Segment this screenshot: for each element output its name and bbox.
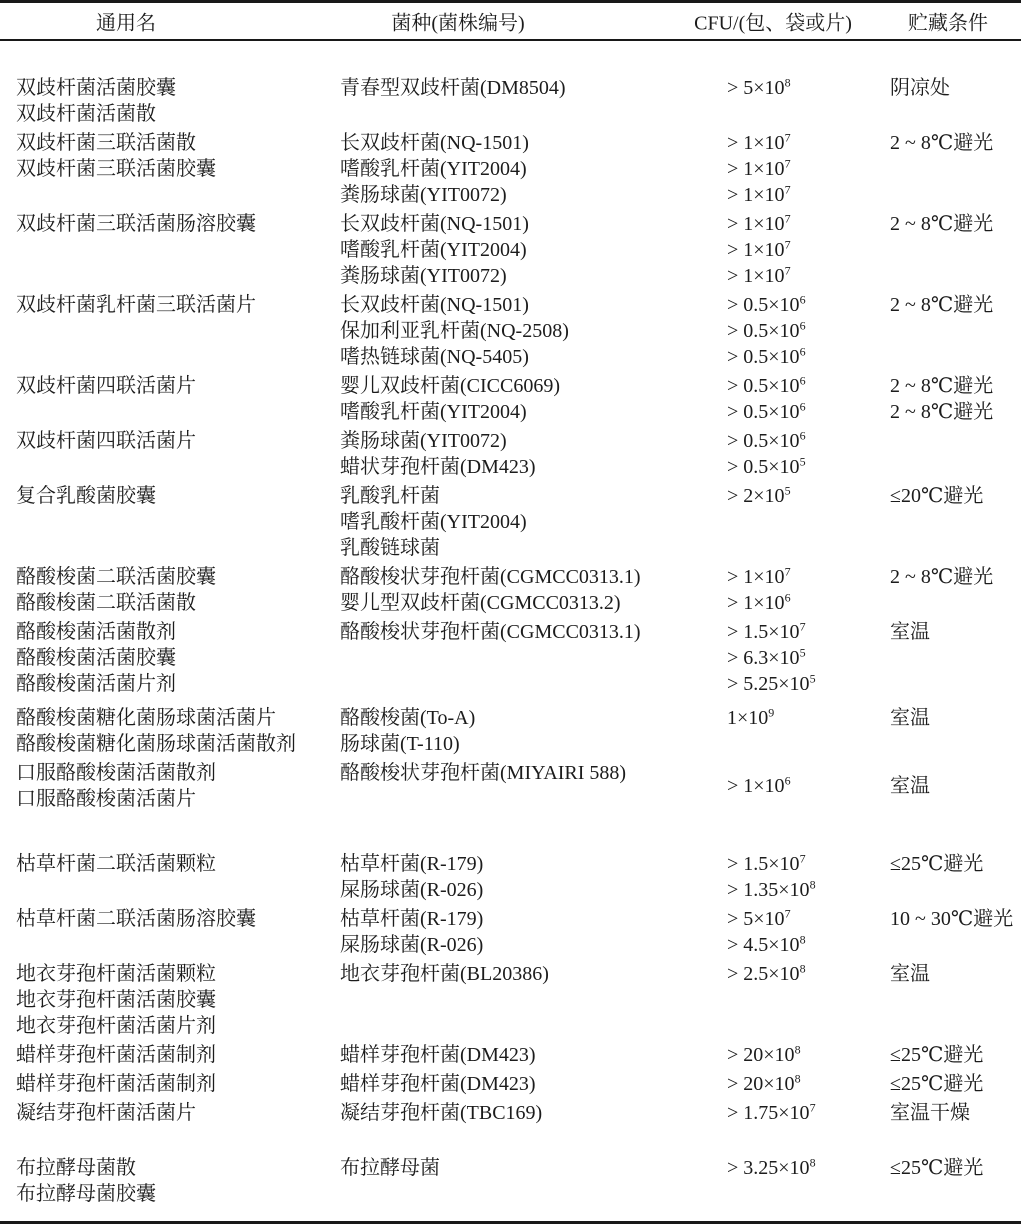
cfu-cell: > 2×105 <box>727 483 890 561</box>
table-row-group: 地衣芽孢杆菌活菌颗粒地衣芽孢杆菌活菌胶囊地衣芽孢杆菌活菌片剂 地衣芽孢杆菌(BL… <box>0 961 1021 1039</box>
strain-name: 屎肠球菌(R-026) <box>340 932 727 958</box>
cfu-cell: > 1.5×107> 6.3×105> 5.25×105 <box>727 619 890 697</box>
storage-cell: ≤20℃避光 <box>890 483 1021 561</box>
storage-condition: ≤25℃避光 <box>890 1071 1021 1097</box>
generic-name: 双歧杆菌四联活菌片 <box>16 428 340 454</box>
cfu-value: > 5×107 <box>727 906 890 932</box>
strain-name: 嗜酸乳杆菌(YIT2004) <box>340 237 727 263</box>
strain-name: 蜡状芽孢杆菌(DM423) <box>340 454 727 480</box>
storage-cell: 2 ~ 8℃避光2 ~ 8℃避光 <box>890 373 1021 425</box>
strain-name: 长双歧杆菌(NQ-1501) <box>340 211 727 237</box>
storage-cell: ≤25℃避光 <box>890 1155 1021 1207</box>
cfu-cell: > 2.5×108 <box>727 961 890 1039</box>
table-row-group: 酪酸梭菌活菌散剂酪酸梭菌活菌胶囊酪酸梭菌活菌片剂 酪酸梭状芽孢杆菌(CGMCC0… <box>0 619 1021 697</box>
table-row-group: 口服酪酸梭菌活菌散剂口服酪酸梭菌活菌片 酪酸梭状芽孢杆菌(MIYAIRI 588… <box>0 760 1021 812</box>
strain-name: 保加利亚乳杆菌(NQ-2508) <box>340 318 727 344</box>
table-header-row: 通用名 菌种(菌株编号) CFU/(包、袋或片) 贮藏条件 <box>0 3 1021 41</box>
strain-name: 酪酸梭状芽孢杆菌(CGMCC0313.1) <box>340 564 727 590</box>
generic-name-cell: 酪酸梭菌二联活菌胶囊酪酸梭菌二联活菌散 <box>0 564 340 616</box>
generic-name: 地衣芽孢杆菌活菌片剂 <box>16 1013 340 1039</box>
storage-cell: 2 ~ 8℃避光 <box>890 130 1021 208</box>
cfu-value: > 1×106 <box>727 773 890 799</box>
strain-cell: 青春型双歧杆菌(DM8504) <box>340 75 727 127</box>
storage-cell: 室温 <box>890 619 1021 697</box>
strain-cell: 长双歧杆菌(NQ-1501)保加利亚乳杆菌(NQ-2508)嗜热链球菌(NQ-5… <box>340 292 727 370</box>
column-header-storage: 贮藏条件 <box>908 7 988 36</box>
generic-name: 枯草杆菌二联活菌颗粒 <box>16 851 340 877</box>
cfu-value: > 3.25×108 <box>727 1155 890 1181</box>
generic-name-cell: 蜡样芽孢杆菌活菌制剂 <box>0 1071 340 1097</box>
cfu-cell: > 1.5×107> 1.35×108 <box>727 851 890 903</box>
generic-name: 酪酸梭菌糖化菌肠球菌活菌散剂 <box>16 731 340 757</box>
table-body: 双歧杆菌活菌胶囊双歧杆菌活菌散 青春型双歧杆菌(DM8504) > 5×108 … <box>0 41 1021 1207</box>
generic-name: 口服酪酸梭菌活菌片 <box>16 786 340 812</box>
cfu-value: > 0.5×106 <box>727 344 890 370</box>
generic-name: 酪酸梭菌二联活菌散 <box>16 590 340 616</box>
cfu-value: > 1×107 <box>727 130 890 156</box>
cfu-cell: > 1×107> 1×106 <box>727 564 890 616</box>
storage-cell: ≤25℃避光 <box>890 851 1021 903</box>
storage-condition: 2 ~ 8℃避光 <box>890 399 1021 425</box>
generic-name: 酪酸梭菌糖化菌肠球菌活菌片 <box>16 705 340 731</box>
strain-name: 粪肠球菌(YIT0072) <box>340 182 727 208</box>
cfu-value: > 2×105 <box>727 483 890 509</box>
storage-cell <box>890 428 1021 480</box>
storage-cell: 室温 <box>890 961 1021 1039</box>
strain-name: 酪酸梭菌(To-A) <box>340 705 727 731</box>
strain-cell: 枯草杆菌(R-179)屎肠球菌(R-026) <box>340 906 727 958</box>
strain-cell: 布拉酵母菌 <box>340 1155 727 1207</box>
generic-name-cell: 酪酸梭菌活菌散剂酪酸梭菌活菌胶囊酪酸梭菌活菌片剂 <box>0 619 340 697</box>
generic-name: 双歧杆菌四联活菌片 <box>16 373 340 399</box>
cfu-value: > 0.5×106 <box>727 373 890 399</box>
generic-name-cell: 枯草杆菌二联活菌颗粒 <box>0 851 340 903</box>
storage-condition: 阴凉处 <box>890 75 1021 101</box>
generic-name: 双歧杆菌三联活菌散 <box>16 130 340 156</box>
generic-name: 酪酸梭菌活菌片剂 <box>16 671 340 697</box>
strain-cell: 酪酸梭状芽孢杆菌(MIYAIRI 588) <box>340 760 727 812</box>
generic-name: 布拉酵母菌胶囊 <box>16 1181 340 1207</box>
strain-name: 蜡样芽孢杆菌(DM423) <box>340 1071 727 1097</box>
strain-name: 婴儿型双歧杆菌(CGMCC0313.2) <box>340 590 727 616</box>
generic-name: 地衣芽孢杆菌活菌颗粒 <box>16 961 340 987</box>
cfu-value: > 0.5×106 <box>727 292 890 318</box>
cfu-value: > 0.5×106 <box>727 318 890 344</box>
strain-name: 酪酸梭状芽孢杆菌(MIYAIRI 588) <box>340 760 727 786</box>
generic-name-cell: 枯草杆菌二联活菌肠溶胶囊 <box>0 906 340 958</box>
strain-cell: 乳酸乳杆菌嗜乳酸杆菌(YIT2004)乳酸链球菌 <box>340 483 727 561</box>
storage-cell: ≤25℃避光 <box>890 1042 1021 1068</box>
cfu-value: > 2.5×108 <box>727 961 890 987</box>
generic-name-cell: 双歧杆菌四联活菌片 <box>0 428 340 480</box>
strain-name: 粪肠球菌(YIT0072) <box>340 263 727 289</box>
generic-name-cell: 酪酸梭菌糖化菌肠球菌活菌片酪酸梭菌糖化菌肠球菌活菌散剂 <box>0 705 340 757</box>
strain-name: 屎肠球菌(R-026) <box>340 877 727 903</box>
strain-cell: 粪肠球菌(YIT0072)蜡状芽孢杆菌(DM423) <box>340 428 727 480</box>
strain-name: 嗜酸乳杆菌(YIT2004) <box>340 156 727 182</box>
cfu-value: > 1.5×107 <box>727 619 890 645</box>
cfu-cell: > 3.25×108 <box>727 1155 890 1207</box>
table-row-group: 枯草杆菌二联活菌颗粒 枯草杆菌(R-179)屎肠球菌(R-026) > 1.5×… <box>0 851 1021 903</box>
generic-name: 双歧杆菌三联活菌肠溶胶囊 <box>16 211 340 237</box>
storage-cell: 2 ~ 8℃避光 <box>890 292 1021 370</box>
cfu-cell: > 20×108 <box>727 1071 890 1097</box>
strain-name: 酪酸梭状芽孢杆菌(CGMCC0313.1) <box>340 619 727 645</box>
column-header-strain: 菌种(菌株编号) <box>391 7 524 36</box>
strain-name: 乳酸链球菌 <box>340 535 727 561</box>
storage-cell: ≤25℃避光 <box>890 1071 1021 1097</box>
generic-name-cell: 复合乳酸菌胶囊 <box>0 483 340 561</box>
storage-cell: 2 ~ 8℃避光 <box>890 211 1021 289</box>
strain-cell: 蜡样芽孢杆菌(DM423) <box>340 1042 727 1068</box>
generic-name: 酪酸梭菌活菌胶囊 <box>16 645 340 671</box>
storage-cell: 室温干燥 <box>890 1100 1021 1126</box>
cfu-value: > 1×107 <box>727 156 890 182</box>
generic-name: 口服酪酸梭菌活菌散剂 <box>16 760 340 786</box>
table-row-group: 枯草杆菌二联活菌肠溶胶囊 枯草杆菌(R-179)屎肠球菌(R-026) > 5×… <box>0 906 1021 958</box>
strain-name: 布拉酵母菌 <box>340 1155 727 1181</box>
cfu-value: > 1.75×107 <box>727 1100 890 1126</box>
generic-name: 凝结芽孢杆菌活菌片 <box>16 1100 340 1126</box>
cfu-value: > 1×107 <box>727 263 890 289</box>
generic-name-cell: 蜡样芽孢杆菌活菌制剂 <box>0 1042 340 1068</box>
generic-name: 枯草杆菌二联活菌肠溶胶囊 <box>16 906 340 932</box>
storage-cell: 2 ~ 8℃避光 <box>890 564 1021 616</box>
column-header-cfu: CFU/(包、袋或片) <box>694 7 852 36</box>
generic-name-cell: 双歧杆菌四联活菌片 <box>0 373 340 425</box>
strain-name: 地衣芽孢杆菌(BL20386) <box>340 961 727 987</box>
cfu-value: > 1×107 <box>727 182 890 208</box>
storage-condition: 室温 <box>890 705 1021 731</box>
storage-condition: 10 ~ 30℃避光 <box>890 906 1021 932</box>
probiotic-products-table: 通用名 菌种(菌株编号) CFU/(包、袋或片) 贮藏条件 双歧杆菌活菌胶囊双歧… <box>0 0 1021 1224</box>
strain-name: 枯草杆菌(R-179) <box>340 906 727 932</box>
strain-name: 乳酸乳杆菌 <box>340 483 727 509</box>
storage-cell: 10 ~ 30℃避光 <box>890 906 1021 958</box>
strain-cell: 长双歧杆菌(NQ-1501)嗜酸乳杆菌(YIT2004)粪肠球菌(YIT0072… <box>340 130 727 208</box>
generic-name-cell: 口服酪酸梭菌活菌散剂口服酪酸梭菌活菌片 <box>0 760 340 812</box>
generic-name-cell: 布拉酵母菌散布拉酵母菌胶囊 <box>0 1155 340 1207</box>
table-row-group: 双歧杆菌三联活菌散双歧杆菌三联活菌胶囊 长双歧杆菌(NQ-1501)嗜酸乳杆菌(… <box>0 130 1021 208</box>
cfu-value: > 0.5×105 <box>727 454 890 480</box>
strain-cell: 酪酸梭状芽孢杆菌(CGMCC0313.1)婴儿型双歧杆菌(CGMCC0313.2… <box>340 564 727 616</box>
storage-condition: 2 ~ 8℃避光 <box>890 564 1021 590</box>
table-row-group: 双歧杆菌三联活菌肠溶胶囊 长双歧杆菌(NQ-1501)嗜酸乳杆菌(YIT2004… <box>0 211 1021 289</box>
cfu-cell: > 5×107> 4.5×108 <box>727 906 890 958</box>
cfu-cell: > 1×106 <box>727 760 890 812</box>
table-row-group: 凝结芽孢杆菌活菌片 凝结芽孢杆菌(TBC169) > 1.75×107 室温干燥 <box>0 1100 1021 1126</box>
table-row-group: 蜡样芽孢杆菌活菌制剂 蜡样芽孢杆菌(DM423) > 20×108 ≤25℃避光 <box>0 1071 1021 1097</box>
strain-name: 凝结芽孢杆菌(TBC169) <box>340 1100 727 1126</box>
strain-name: 肠球菌(T-110) <box>340 731 727 757</box>
generic-name: 双歧杆菌活菌胶囊 <box>16 75 340 101</box>
column-header-generic-name: 通用名 <box>96 7 156 36</box>
strain-name: 长双歧杆菌(NQ-1501) <box>340 292 727 318</box>
storage-condition: 2 ~ 8℃避光 <box>890 292 1021 318</box>
paper-table-page: 通用名 菌种(菌株编号) CFU/(包、袋或片) 贮藏条件 双歧杆菌活菌胶囊双歧… <box>0 0 1021 1224</box>
cfu-value: > 1×107 <box>727 211 890 237</box>
strain-name: 婴儿双歧杆菌(CICC6069) <box>340 373 727 399</box>
cfu-cell: 1×109 <box>727 705 890 757</box>
cfu-value: > 20×108 <box>727 1071 890 1097</box>
table-row-group: 蜡样芽孢杆菌活菌制剂 蜡样芽孢杆菌(DM423) > 20×108 ≤25℃避光 <box>0 1042 1021 1068</box>
strain-name: 枯草杆菌(R-179) <box>340 851 727 877</box>
storage-cell: 室温 <box>890 705 1021 757</box>
strain-name: 嗜乳酸杆菌(YIT2004) <box>340 509 727 535</box>
storage-condition: 室温干燥 <box>890 1100 1021 1126</box>
cfu-value: > 5.25×105 <box>727 671 890 697</box>
generic-name-cell: 双歧杆菌乳杆菌三联活菌片 <box>0 292 340 370</box>
generic-name: 双歧杆菌活菌散 <box>16 101 340 127</box>
cfu-value: > 5×108 <box>727 75 890 101</box>
table-row-group: 复合乳酸菌胶囊 乳酸乳杆菌嗜乳酸杆菌(YIT2004)乳酸链球菌 > 2×105… <box>0 483 1021 561</box>
cfu-cell: > 1×107> 1×107> 1×107 <box>727 211 890 289</box>
storage-condition: 2 ~ 8℃避光 <box>890 211 1021 237</box>
generic-name: 复合乳酸菌胶囊 <box>16 483 340 509</box>
generic-name-cell: 双歧杆菌三联活菌散双歧杆菌三联活菌胶囊 <box>0 130 340 208</box>
strain-cell: 长双歧杆菌(NQ-1501)嗜酸乳杆菌(YIT2004)粪肠球菌(YIT0072… <box>340 211 727 289</box>
strain-name: 蜡样芽孢杆菌(DM423) <box>340 1042 727 1068</box>
cfu-cell: > 0.5×106> 0.5×106> 0.5×106 <box>727 292 890 370</box>
storage-condition: 2 ~ 8℃避光 <box>890 373 1021 399</box>
strain-cell: 枯草杆菌(R-179)屎肠球菌(R-026) <box>340 851 727 903</box>
strain-name: 嗜热链球菌(NQ-5405) <box>340 344 727 370</box>
generic-name: 双歧杆菌三联活菌胶囊 <box>16 156 340 182</box>
generic-name: 蜡样芽孢杆菌活菌制剂 <box>16 1042 340 1068</box>
cfu-value: > 20×108 <box>727 1042 890 1068</box>
strain-name: 嗜酸乳杆菌(YIT2004) <box>340 399 727 425</box>
cfu-value: > 6.3×105 <box>727 645 890 671</box>
storage-condition: 室温 <box>890 961 1021 987</box>
generic-name: 地衣芽孢杆菌活菌胶囊 <box>16 987 340 1013</box>
strain-cell: 酪酸梭状芽孢杆菌(CGMCC0313.1) <box>340 619 727 697</box>
table-row-group: 双歧杆菌四联活菌片 婴儿双歧杆菌(CICC6069)嗜酸乳杆菌(YIT2004)… <box>0 373 1021 425</box>
table-row-group: 双歧杆菌活菌胶囊双歧杆菌活菌散 青春型双歧杆菌(DM8504) > 5×108 … <box>0 75 1021 127</box>
table-row-group: 酪酸梭菌糖化菌肠球菌活菌片酪酸梭菌糖化菌肠球菌活菌散剂 酪酸梭菌(To-A)肠球… <box>0 705 1021 757</box>
cfu-value: > 1×107 <box>727 564 890 590</box>
strain-cell: 地衣芽孢杆菌(BL20386) <box>340 961 727 1039</box>
strain-cell: 蜡样芽孢杆菌(DM423) <box>340 1071 727 1097</box>
generic-name: 布拉酵母菌散 <box>16 1155 340 1181</box>
cfu-value: > 1×107 <box>727 237 890 263</box>
storage-cell: 阴凉处 <box>890 75 1021 127</box>
generic-name-cell: 凝结芽孢杆菌活菌片 <box>0 1100 340 1126</box>
generic-name: 酪酸梭菌二联活菌胶囊 <box>16 564 340 590</box>
cfu-cell: > 0.5×106> 0.5×105 <box>727 428 890 480</box>
storage-condition: ≤25℃避光 <box>890 1042 1021 1068</box>
cfu-cell: > 1×107> 1×107> 1×107 <box>727 130 890 208</box>
generic-name: 双歧杆菌乳杆菌三联活菌片 <box>16 292 340 318</box>
storage-condition: 室温 <box>890 619 1021 645</box>
cfu-value: 1×109 <box>727 705 890 731</box>
strain-name: 青春型双歧杆菌(DM8504) <box>340 75 727 101</box>
strain-cell: 凝结芽孢杆菌(TBC169) <box>340 1100 727 1126</box>
cfu-cell: > 0.5×106> 0.5×106 <box>727 373 890 425</box>
table-row-group: 双歧杆菌四联活菌片 粪肠球菌(YIT0072)蜡状芽孢杆菌(DM423) > 0… <box>0 428 1021 480</box>
storage-condition: 室温 <box>890 773 1021 799</box>
cfu-value: > 0.5×106 <box>727 428 890 454</box>
storage-condition: ≤25℃避光 <box>890 851 1021 877</box>
storage-condition: ≤25℃避光 <box>890 1155 1021 1181</box>
cfu-cell: > 5×108 <box>727 75 890 127</box>
generic-name: 酪酸梭菌活菌散剂 <box>16 619 340 645</box>
cfu-cell: > 1.75×107 <box>727 1100 890 1126</box>
table-row-group: 双歧杆菌乳杆菌三联活菌片 长双歧杆菌(NQ-1501)保加利亚乳杆菌(NQ-25… <box>0 292 1021 370</box>
generic-name-cell: 双歧杆菌活菌胶囊双歧杆菌活菌散 <box>0 75 340 127</box>
cfu-value: > 1.35×108 <box>727 877 890 903</box>
strain-cell: 酪酸梭菌(To-A)肠球菌(T-110) <box>340 705 727 757</box>
cfu-value: > 1×106 <box>727 590 890 616</box>
storage-condition: 2 ~ 8℃避光 <box>890 130 1021 156</box>
generic-name-cell: 地衣芽孢杆菌活菌颗粒地衣芽孢杆菌活菌胶囊地衣芽孢杆菌活菌片剂 <box>0 961 340 1039</box>
generic-name: 蜡样芽孢杆菌活菌制剂 <box>16 1071 340 1097</box>
cfu-value: > 4.5×108 <box>727 932 890 958</box>
strain-name: 粪肠球菌(YIT0072) <box>340 428 727 454</box>
storage-cell: 室温 <box>890 760 1021 812</box>
cfu-value: > 1.5×107 <box>727 851 890 877</box>
cfu-value: > 0.5×106 <box>727 399 890 425</box>
cfu-cell: > 20×108 <box>727 1042 890 1068</box>
strain-cell: 婴儿双歧杆菌(CICC6069)嗜酸乳杆菌(YIT2004) <box>340 373 727 425</box>
table-row-group: 酪酸梭菌二联活菌胶囊酪酸梭菌二联活菌散 酪酸梭状芽孢杆菌(CGMCC0313.1… <box>0 564 1021 616</box>
strain-name: 长双歧杆菌(NQ-1501) <box>340 130 727 156</box>
generic-name-cell: 双歧杆菌三联活菌肠溶胶囊 <box>0 211 340 289</box>
table-row-group: 布拉酵母菌散布拉酵母菌胶囊 布拉酵母菌 > 3.25×108 ≤25℃避光 <box>0 1155 1021 1207</box>
storage-condition: ≤20℃避光 <box>890 483 1021 509</box>
